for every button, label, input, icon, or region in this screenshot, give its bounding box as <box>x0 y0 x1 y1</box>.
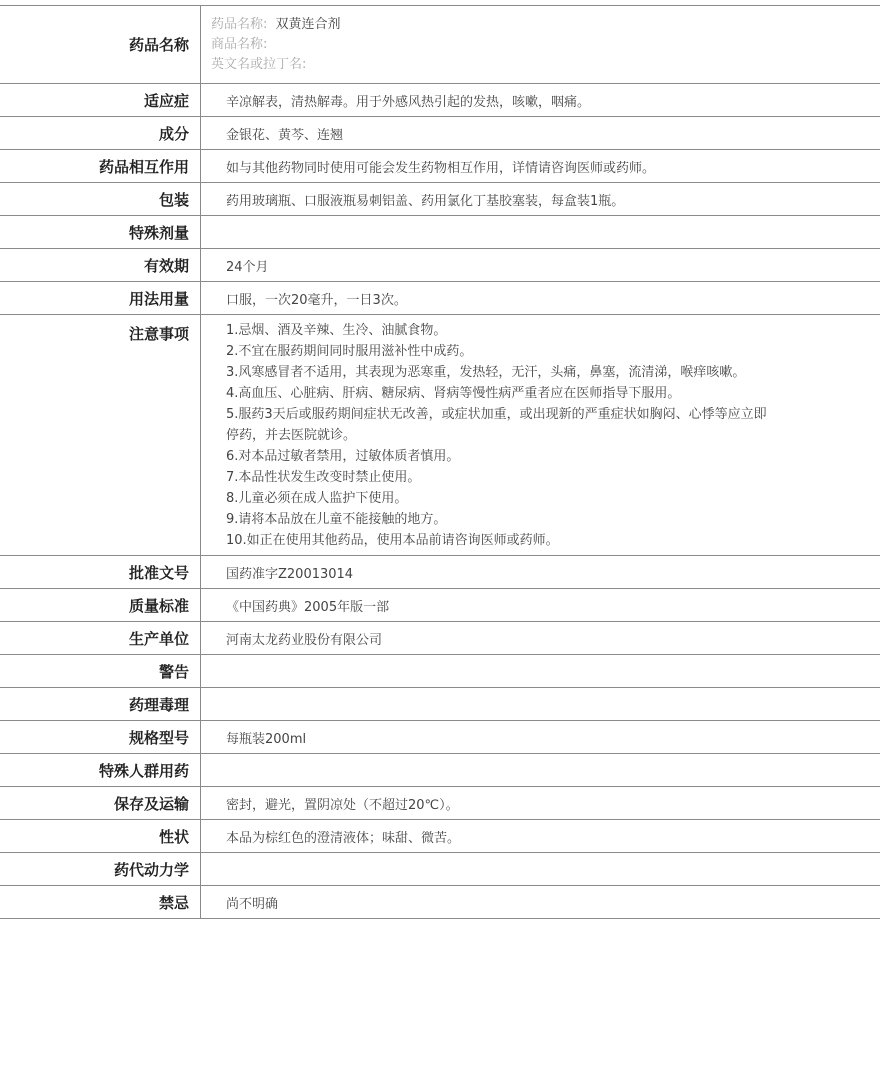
row-value: 尚不明确 <box>201 886 880 919</box>
row-label: 特殊剂量 <box>0 216 201 249</box>
row-label: 药理毒理 <box>0 688 201 721</box>
row-expiry: 有效期 24个月 <box>0 249 880 282</box>
row-value <box>201 853 880 886</box>
generic-name-value: 双黄连合剂 <box>276 17 341 32</box>
row-label: 适应症 <box>0 84 201 117</box>
row-value: 国药准字Z20013014 <box>201 556 880 589</box>
drug-name-cell: 药品名称: 双黄连合剂 商品名称: 英文名或拉丁名: <box>201 6 880 84</box>
row-value: 药用玻璃瓶、口服液瓶易刺铝盖、药用氯化丁基胶塞装，每盒装1瓶。 <box>201 183 880 216</box>
row-label: 质量标准 <box>0 589 201 622</box>
row-value: 密封，避光，置阴凉处（不超过20℃）。 <box>201 787 880 820</box>
row-label: 用法用量 <box>0 282 201 315</box>
row-pharmacology: 药理毒理 <box>0 688 880 721</box>
row-label: 禁忌 <box>0 886 201 919</box>
row-label: 批准文号 <box>0 556 201 589</box>
row-label: 注意事项 <box>0 315 201 556</box>
row-label: 药代动力学 <box>0 853 201 886</box>
trade-name-label: 商品名称: <box>211 37 267 52</box>
row-value: 24个月 <box>201 249 880 282</box>
row-label: 成分 <box>0 117 201 150</box>
row-manufacturer: 生产单位 河南太龙药业股份有限公司 <box>0 622 880 655</box>
row-storage: 保存及运输 密封，避光，置阴凉处（不超过20℃）。 <box>0 787 880 820</box>
precaution-item: 3.风寒感冒者不适用，其表现为恶寒重，发热轻，无汗，头痛，鼻塞，流清涕，喉痒咳嗽… <box>226 362 776 383</box>
row-approval-number: 批准文号 国药准字Z20013014 <box>0 556 880 589</box>
precaution-item: 10.如正在使用其他药品，使用本品前请咨询医师或药师。 <box>226 530 776 551</box>
generic-name-line: 药品名称: 双黄连合剂 <box>211 15 880 35</box>
row-value <box>201 754 880 787</box>
row-ingredients: 成分 金银花、黄芩、连翘 <box>0 117 880 150</box>
row-special-dosage: 特殊剂量 <box>0 216 880 249</box>
row-quality-standard: 质量标准 《中国药典》2005年版一部 <box>0 589 880 622</box>
row-value: 金银花、黄芩、连翘 <box>201 117 880 150</box>
row-special-population: 特殊人群用药 <box>0 754 880 787</box>
row-contraindications: 禁忌 尚不明确 <box>0 886 880 919</box>
row-value: 本品为棕红色的澄清液体；味甜、微苦。 <box>201 820 880 853</box>
row-value <box>201 655 880 688</box>
precaution-item: 8.儿童必须在成人监护下使用。 <box>226 488 776 509</box>
row-indications: 适应症 辛凉解表，清热解毒。用于外感风热引起的发热，咳嗽，咽痛。 <box>0 84 880 117</box>
row-pharmacokinetics: 药代动力学 <box>0 853 880 886</box>
precaution-item: 5.服药3天后或服药期间症状无改善，或症状加重，或出现新的严重症状如胸闷、心悸等… <box>226 404 776 446</box>
row-label: 保存及运输 <box>0 787 201 820</box>
row-label: 生产单位 <box>0 622 201 655</box>
row-value <box>201 216 880 249</box>
row-precautions: 注意事项 1.忌烟、酒及辛辣、生冷、油腻食物。 2.不宜在服药期间同时服用滋补性… <box>0 315 880 556</box>
row-label: 药品相互作用 <box>0 150 201 183</box>
english-name-line: 英文名或拉丁名: <box>211 55 880 75</box>
english-name-label: 英文名或拉丁名: <box>211 57 306 72</box>
row-label: 包装 <box>0 183 201 216</box>
generic-name-label: 药品名称: <box>211 17 267 32</box>
row-value: 口服，一次20毫升，一日3次。 <box>201 282 880 315</box>
row-value <box>201 688 880 721</box>
precaution-item: 4.高血压、心脏病、肝病、糖尿病、肾病等慢性病严重者应在医师指导下服用。 <box>226 383 776 404</box>
row-label: 有效期 <box>0 249 201 282</box>
row-label: 性状 <box>0 820 201 853</box>
row-label: 特殊人群用药 <box>0 754 201 787</box>
row-specification: 规格型号 每瓶装200ml <box>0 721 880 754</box>
precaution-item: 9.请将本品放在儿童不能接触的地方。 <box>226 509 776 530</box>
row-value: 每瓶装200ml <box>201 721 880 754</box>
precautions-cell: 1.忌烟、酒及辛辣、生冷、油腻食物。 2.不宜在服药期间同时服用滋补性中成药。 … <box>201 315 880 556</box>
precaution-item: 1.忌烟、酒及辛辣、生冷、油腻食物。 <box>226 320 776 341</box>
precaution-item: 6.对本品过敏者禁用，过敏体质者慎用。 <box>226 446 776 467</box>
precaution-item: 7.本品性状发生改变时禁止使用。 <box>226 467 776 488</box>
row-label: 药品名称 <box>0 6 201 84</box>
row-drug-name: 药品名称 药品名称: 双黄连合剂 商品名称: 英文名或拉丁名: <box>0 6 880 84</box>
row-value: 如与其他药物同时使用可能会发生药物相互作用，详情请咨询医师或药师。 <box>201 150 880 183</box>
row-packaging: 包装 药用玻璃瓶、口服液瓶易刺铝盖、药用氯化丁基胶塞装，每盒装1瓶。 <box>0 183 880 216</box>
row-appearance: 性状 本品为棕红色的澄清液体；味甜、微苦。 <box>0 820 880 853</box>
row-label: 警告 <box>0 655 201 688</box>
row-label: 规格型号 <box>0 721 201 754</box>
row-value: 河南太龙药业股份有限公司 <box>201 622 880 655</box>
drug-spec-table: 药品名称 药品名称: 双黄连合剂 商品名称: 英文名或拉丁名: 适应症 辛凉解表… <box>0 5 880 919</box>
row-interactions: 药品相互作用 如与其他药物同时使用可能会发生药物相互作用，详情请咨询医师或药师。 <box>0 150 880 183</box>
row-warning: 警告 <box>0 655 880 688</box>
precaution-item: 2.不宜在服药期间同时服用滋补性中成药。 <box>226 341 776 362</box>
trade-name-line: 商品名称: <box>211 35 880 55</box>
row-usage: 用法用量 口服，一次20毫升，一日3次。 <box>0 282 880 315</box>
precautions-list: 1.忌烟、酒及辛辣、生冷、油腻食物。 2.不宜在服药期间同时服用滋补性中成药。 … <box>226 320 776 551</box>
row-value: 《中国药典》2005年版一部 <box>201 589 880 622</box>
row-value: 辛凉解表，清热解毒。用于外感风热引起的发热，咳嗽，咽痛。 <box>201 84 880 117</box>
